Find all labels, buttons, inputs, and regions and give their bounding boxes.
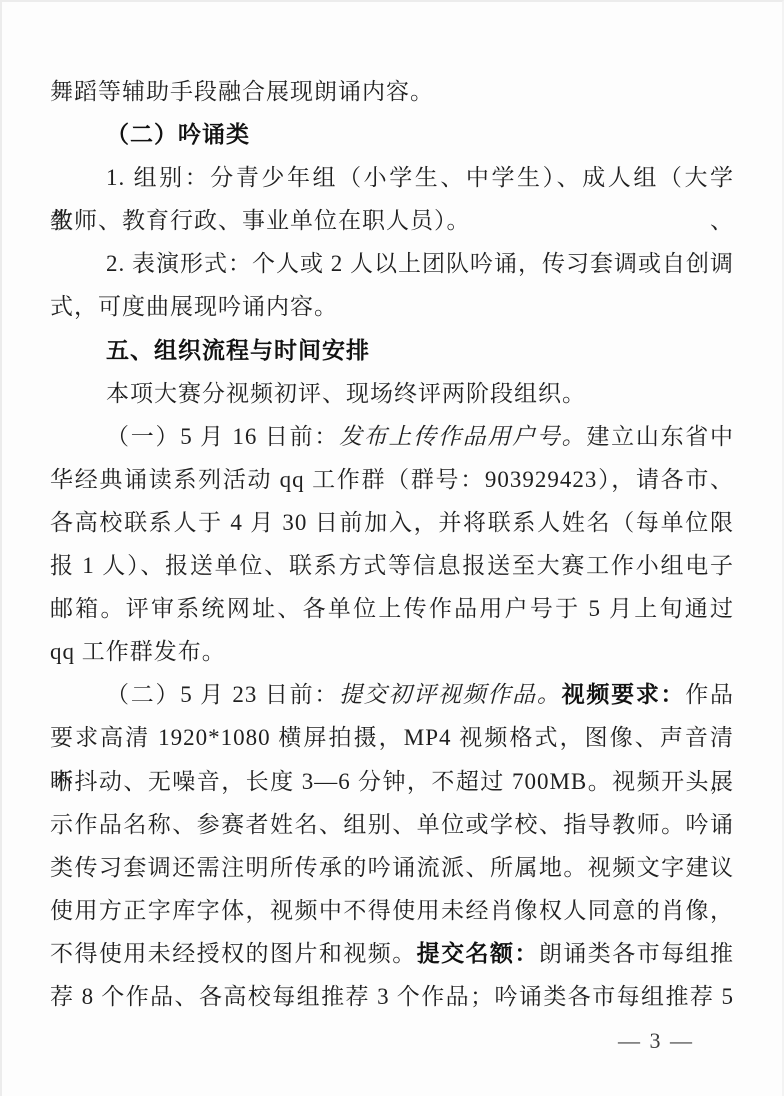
- text-line: 邮箱。评审系统网址、各单位上传作品用户号于 5 月上旬通过: [50, 587, 734, 630]
- text-line: 报 1 人）、报送单位、联系方式等信息报送至大赛工作小组电子: [50, 544, 734, 587]
- body-text: 舞蹈等辅助手段融合展现朗诵内容。: [50, 79, 434, 104]
- body-text: 邮箱。评审系统网址、各单位上传作品用户号于 5 月上旬通过: [50, 596, 734, 621]
- emphasis-text: 提交初评视频作品。: [339, 682, 562, 707]
- text-line: 荐 8 个作品、各高校每组推荐 3 个作品；吟诵类各市每组推荐 5: [50, 975, 734, 1018]
- text-line: （二）吟诵类: [50, 113, 734, 156]
- body-text: 本项大赛分视频初评、现场终评两阶段组织。: [106, 381, 586, 406]
- body-text: 2. 表演形式：个人或 2 人以上团队吟诵，传习套调或自创调: [106, 251, 734, 276]
- text-line: 华经典诵读系列活动 qq 工作群（群号：903929423），请各市、: [50, 458, 734, 501]
- text-line: 类传习套调还需注明所传承的吟诵流派、所属地。视频文字建议: [50, 846, 734, 889]
- body-text: 作品: [685, 682, 734, 707]
- text-line: 2. 表演形式：个人或 2 人以上团队吟诵，传习套调或自创调: [50, 242, 734, 285]
- body-text: 华经典诵读系列活动 qq 工作群（群号：903929423），请各市、: [50, 467, 734, 492]
- page-number: — 3 —: [618, 1028, 694, 1054]
- body-text: （一）5 月 16 日前：: [106, 424, 339, 449]
- text-line: （二）5 月 23 日前：提交初评视频作品。视频要求：作品: [50, 673, 734, 716]
- doc-lines: 舞蹈等辅助手段融合展现朗诵内容。（二）吟诵类1. 组别：分青少年组（小学生、中学…: [50, 70, 734, 1018]
- text-line: 式，可度曲展现吟诵内容。: [50, 285, 734, 328]
- text-line: （一）5 月 16 日前：发布上传作品用户号。建立山东省中: [50, 415, 734, 458]
- bold-text: （二）吟诵类: [106, 121, 250, 147]
- text-line: 要求高清 1920*1080 横屏拍摄，MP4 视频格式，图像、声音清晰，: [50, 716, 734, 759]
- document-page: 舞蹈等辅助手段融合展现朗诵内容。（二）吟诵类1. 组别：分青少年组（小学生、中学…: [0, 0, 784, 1096]
- body-text: 朗诵类各市每组推: [539, 941, 734, 966]
- text-line: qq 工作群发布。: [50, 630, 734, 673]
- text-line: 示作品名称、参赛者姓名、组别、单位或学校、指导教师。吟诵: [50, 803, 734, 846]
- body-text: 使用方正字库字体，视频中不得使用未经肖像权人同意的肖像，: [50, 898, 734, 923]
- body-text: 式，可度曲展现吟诵内容。: [50, 294, 338, 319]
- body-text: 示作品名称、参赛者姓名、组别、单位或学校、指导教师。吟诵: [50, 812, 734, 837]
- text-line: 本项大赛分视频初评、现场终评两阶段组织。: [50, 372, 734, 415]
- body-text: qq 工作群发布。: [50, 639, 226, 664]
- text-line: 各高校联系人于 4 月 30 日前加入，并将联系人姓名（每单位限: [50, 501, 734, 544]
- text-line: 1. 组别：分青少年组（小学生、中学生）、成人组（大学生、: [50, 156, 734, 199]
- body-text: 建立山东省中: [586, 424, 734, 449]
- body-text: （二）5 月 23 日前：: [106, 682, 339, 707]
- body-text: 荐 8 个作品、各高校每组推荐 3 个作品；吟诵类各市每组推荐 5: [50, 984, 734, 1009]
- body-text: 各高校联系人于 4 月 30 日前加入，并将联系人姓名（每单位限: [50, 510, 734, 535]
- emphasis-text: 发布上传作品用户号。: [339, 424, 586, 449]
- bold-text: 提交名额：: [417, 940, 539, 966]
- text-line: 不抖动、无噪音，长度 3—6 分钟，不超过 700MB。视频开头展: [50, 760, 734, 803]
- body-text: 不得使用未经授权的图片和视频。: [50, 941, 417, 966]
- text-line: 舞蹈等辅助手段融合展现朗诵内容。: [50, 70, 734, 113]
- bold-text: 五、组织流程与时间安排: [106, 337, 370, 363]
- body-text: 教师、教育行政、事业单位在职人员）。: [50, 208, 471, 233]
- text-line: 不得使用未经授权的图片和视频。提交名额：朗诵类各市每组推: [50, 932, 734, 975]
- body-text: 类传习套调还需注明所传承的吟诵流派、所属地。视频文字建议: [50, 855, 734, 880]
- bold-text: 视频要求：: [562, 681, 686, 707]
- text-line: 五、组织流程与时间安排: [50, 329, 734, 372]
- body-text: 不抖动、无噪音，长度 3—6 分钟，不超过 700MB。视频开头展: [50, 769, 734, 794]
- body-text: 报 1 人）、报送单位、联系方式等信息报送至大赛工作小组电子: [50, 553, 734, 578]
- text-line: 使用方正字库字体，视频中不得使用未经肖像权人同意的肖像，: [50, 889, 734, 932]
